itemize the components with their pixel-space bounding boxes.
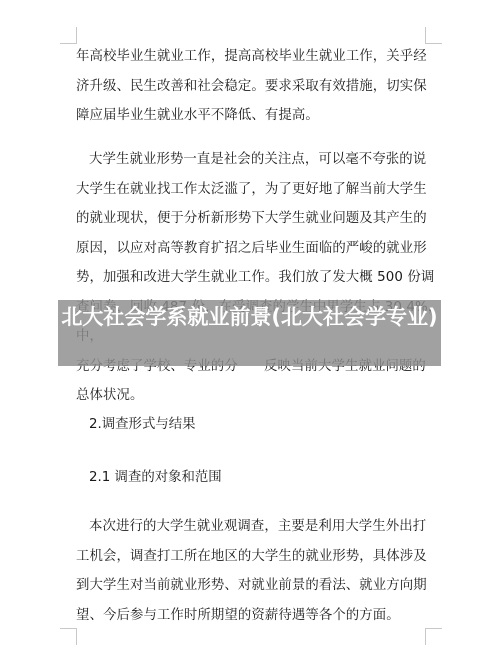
paragraph-employment-situation: 大学生就业形势一直是社会的关注点，可以毫不夸张的说 大学生在就业找工作太泛滥了，… xyxy=(76,145,426,411)
paragraph-survey-scope: 本次进行的大学生就业观调查，主要是利用大学生外出打 工机会，调查打工所在地区的大… xyxy=(76,512,426,630)
text-line: 望、今后参与工作时所期望的资薪待遇等各个的方面。 xyxy=(76,601,426,631)
page-corner-mark-bottom-left xyxy=(60,628,77,645)
page-corner-mark-top-left xyxy=(60,27,77,44)
text-line: 大学生在就业找工作太泛滥了，为了更好地了解当前大学生 xyxy=(76,175,426,205)
text-line: 原因，以应对高等教育扩招之后毕业生面临的严峻的就业形 xyxy=(76,234,426,264)
section-heading-2-1: 2.1 调查的对象和范围 xyxy=(89,466,222,485)
text-line: 工机会，调查打工所在地区的大学生的就业形势，具体涉及 xyxy=(76,542,426,572)
overlay-title: 北大社会学系就业前景(北大社会学专业) xyxy=(58,302,441,332)
text-line: 势，加强和改进大学生就业工作。我们放了发大概 500 份调 xyxy=(76,263,426,293)
page-corner-mark-top-right xyxy=(425,27,442,44)
page-corner-mark-bottom-right xyxy=(425,628,442,645)
paragraph-policy: 年高校毕业生就业工作，提高高校毕业生就业工作，关乎经 济升级、民生改善和社会稳定… xyxy=(76,42,426,131)
text-line: 大学生就业形势一直是社会的关注点，可以毫不夸张的说 xyxy=(76,145,426,175)
text-line: 障应届毕业生就业水平不降低、有提高。 xyxy=(76,101,426,131)
text-line: 的就业现状，便于分析新形势下大学生就业问题及其产生的 xyxy=(76,204,426,234)
text-line: 到大学生对当前就业形势、对就业前景的看法、就业方向期 xyxy=(76,571,426,601)
text-line: 总体状况。 xyxy=(76,381,426,411)
text-line: 济升级、民生改善和社会稳定。要求采取有效措施，切实保 xyxy=(76,72,426,102)
section-heading-2: 2.调查形式与结果 xyxy=(89,413,196,432)
text-line: 本次进行的大学生就业观调查，主要是利用大学生外出打 xyxy=(76,512,426,542)
text-line: 年高校毕业生就业工作，提高高校毕业生就业工作，关乎经 xyxy=(76,42,426,72)
document-page: 年高校毕业生就业工作，提高高校毕业生就业工作，关乎经 济升级、民生改善和社会稳定… xyxy=(0,0,500,666)
